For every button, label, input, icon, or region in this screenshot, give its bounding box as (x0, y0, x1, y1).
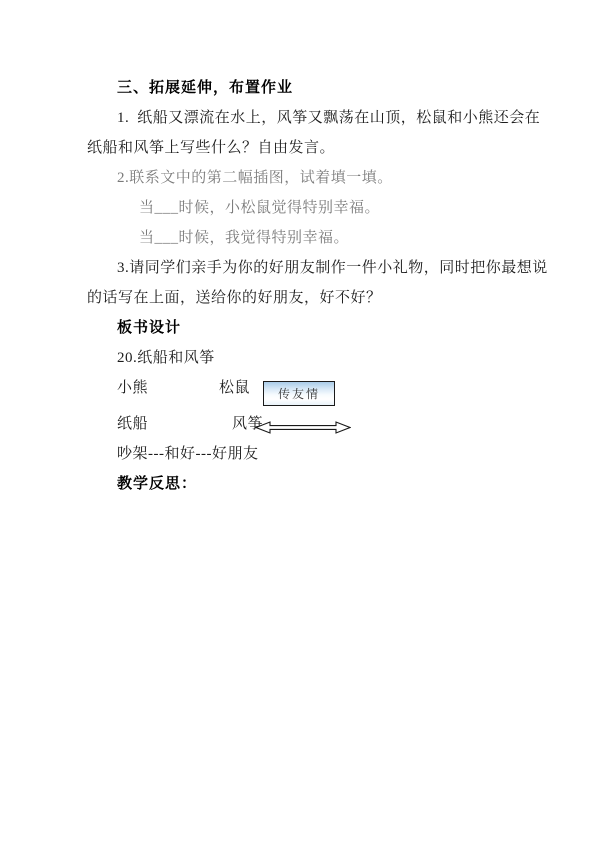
board-row-characters: 小熊 松鼠 传友情 (87, 373, 510, 403)
section-heading: 三、拓展延伸，布置作业 (87, 73, 510, 103)
board-paper-boat-label: 纸船 (117, 409, 148, 439)
board-row-objects: 纸船 风筝 (87, 409, 510, 439)
board-squirrel-label: 松鼠 (219, 373, 250, 403)
document-page: 三、拓展延伸，布置作业 1. 纸船又漂流在水上，风筝又飘荡在山顶，松鼠和小熊还会… (0, 0, 595, 842)
board-bear-label: 小熊 (117, 373, 148, 403)
board-design-heading: 板书设计 (87, 313, 510, 343)
friendship-box-label: 传友情 (278, 388, 320, 400)
friendship-box: 传友情 (263, 381, 335, 406)
task3-line-2: 的话写在上面，送给你的好朋友，好不好？ (87, 283, 510, 313)
task2-fill-blank-1: 当___时候，小松鼠觉得特别幸福。 (87, 193, 510, 223)
task1-line-2: 纸船和风筝上写些什么？自由发言。 (87, 133, 510, 163)
board-lesson-title: 20.纸船和风筝 (87, 343, 510, 373)
left-right-arrow-icon (255, 421, 351, 434)
task1-line-1: 1. 纸船又漂流在水上，风筝又飘荡在山顶，松鼠和小熊还会在 (87, 103, 510, 133)
reflection-heading: 教学反思： (87, 469, 510, 499)
board-relationship-line: 吵架---和好---好朋友 (87, 439, 510, 469)
task3-line-1: 3.请同学们亲手为你的好朋友制作一件小礼物，同时把你最想说 (87, 253, 510, 283)
task2-intro: 2.联系文中的第二幅插图，试着填一填。 (87, 163, 510, 193)
task2-fill-blank-2: 当___时候，我觉得特别幸福。 (87, 223, 510, 253)
page-content: 三、拓展延伸，布置作业 1. 纸船又漂流在水上，风筝又飘荡在山顶，松鼠和小熊还会… (0, 0, 595, 499)
